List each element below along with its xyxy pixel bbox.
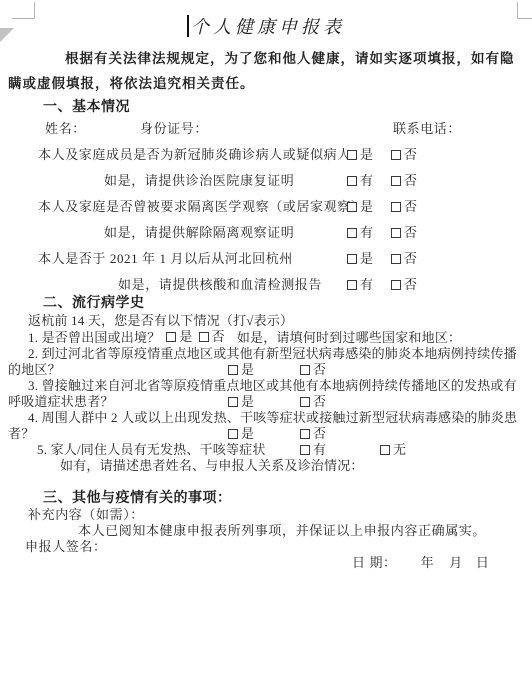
section-epidemiology: 二、流行病学史 返杭前 14 天，您是否有以下情况（打√表示） 1. 是否曾出国…	[8, 293, 528, 474]
date-line: 日 期：年月日	[8, 555, 526, 571]
checkbox-icon[interactable]	[228, 429, 238, 439]
followup-text: 如是，请填何时到过哪些国家和地区：	[237, 330, 461, 345]
checkbox-no[interactable]: 否	[300, 394, 326, 410]
checkbox-yes[interactable]: 是	[347, 194, 374, 220]
checkbox-icon[interactable]	[347, 150, 357, 160]
checkbox-label: 否	[212, 329, 225, 345]
checkbox-icon[interactable]	[228, 397, 238, 407]
checkbox-icon[interactable]	[300, 397, 310, 407]
checkbox-label: 无	[393, 442, 406, 458]
signature-label[interactable]: 申报人签名：	[25, 539, 107, 554]
checkbox-label: 有	[313, 442, 326, 458]
checkbox-icon[interactable]	[347, 176, 357, 186]
question-text: 本人及家庭成员是否为新冠肺炎确诊病人或疑似病人	[38, 147, 351, 162]
date-label[interactable]: 日 期：	[352, 555, 397, 570]
question-text: 如是，请提供核酸和血清检测报告	[118, 277, 322, 292]
checkbox-icon[interactable]	[199, 332, 209, 342]
signature-line: 申报人签名：	[8, 539, 526, 555]
question-text: 本人是否于 2021 年 1 月以后从河北回杭州	[38, 251, 293, 266]
question-row: 本人及家庭是否曾被要求隔离医学观察（或居家观察） 是 否	[8, 194, 526, 220]
identity-fields-row: 姓名：身份证号：联系电话：	[45, 116, 526, 142]
question-text: 的地区？	[8, 362, 61, 377]
checkbox-label: 有	[360, 168, 374, 194]
epi-question-4-line1: 4. 周围人群中 2 人或以上出现发热、干咳等症状或接触过新型冠状病毒感染的肺炎…	[8, 410, 528, 426]
checkbox-no[interactable]: 否	[199, 329, 225, 345]
checkbox-icon[interactable]	[380, 445, 390, 455]
question-row: 如是，请提供解除隔离观察证明 有 否	[8, 220, 526, 246]
id-number-field-label[interactable]: 身份证号：	[140, 116, 393, 142]
intro-paragraph: 根据有关法律法规规定，为了您和他人健康，请如实逐项填报，如有隐瞒或虚假填报，将依…	[8, 46, 526, 96]
checkbox-no[interactable]: 否	[391, 220, 418, 246]
section3-heading: 三、其他与疫情有关的事项：	[43, 489, 526, 507]
checkbox-icon[interactable]	[300, 445, 310, 455]
page-title-text: 个人健康申报表	[191, 17, 345, 38]
checkbox-label: 是	[360, 194, 374, 220]
checkbox-have[interactable]: 有	[347, 220, 374, 246]
epi-lead-line: 返杭前 14 天，您是否有以下情况（打√表示）	[8, 313, 528, 329]
checkbox-icon[interactable]	[300, 365, 310, 375]
epi-question-4-line2: 者？ 是 否	[8, 426, 528, 442]
checkbox-yes[interactable]: 是	[166, 329, 192, 345]
epi-question-5-followup: 如有，请描述患者姓名、与申报人关系及诊治情况：	[8, 458, 528, 474]
question-text: 如是，请提供诊治医院康复证明	[104, 173, 294, 188]
question-text: 3. 曾接触过来自河北省等原疫情重点地区或其他有本地病例持续传播地区的发热或有	[28, 378, 517, 393]
checkbox-icon[interactable]	[347, 254, 357, 264]
section1-heading: 一、基本情况	[43, 98, 526, 116]
checkbox-icon[interactable]	[391, 202, 401, 212]
supplement-label[interactable]: 补充内容（如需）：	[28, 507, 144, 522]
checkbox-yes[interactable]: 是	[228, 426, 254, 442]
checkbox-icon[interactable]	[391, 228, 401, 238]
checkbox-label: 否	[313, 426, 326, 442]
question-text: 2. 到过河北省等原疫情重点地区或其他有新型冠状病毒感染的肺炎本地病例持续传播	[28, 346, 517, 361]
epi-question-5: 5. 家人/同住人员有无发热、干咳等症状 有 无	[8, 442, 528, 458]
question-row: 本人是否于 2021 年 1 月以后从河北回杭州 是 否	[8, 246, 526, 272]
checkbox-icon[interactable]	[300, 429, 310, 439]
checkbox-icon[interactable]	[347, 202, 357, 212]
question-text: 1. 是否曾出国或出境？	[28, 330, 160, 345]
checkbox-yes[interactable]: 是	[347, 246, 374, 272]
checkbox-icon[interactable]	[391, 176, 401, 186]
checkbox-label: 否	[313, 394, 326, 410]
checkbox-label: 否	[313, 362, 326, 378]
question-row: 如是，请提供诊治医院康复证明 有 否	[8, 168, 526, 194]
page-title: 个人健康申报表	[0, 13, 532, 39]
epi-question-3-line2: 呼吸道症状患者？ 是 否	[8, 394, 528, 410]
checkbox-label: 否	[404, 220, 418, 246]
text-cursor	[187, 15, 189, 37]
question-text: 者？	[8, 426, 34, 441]
checkbox-label: 是	[241, 394, 254, 410]
checkbox-no[interactable]: 否	[300, 362, 326, 378]
epi-question-1: 1. 是否曾出国或出境？是否如是，请填何时到过哪些国家和地区：	[8, 329, 528, 346]
checkbox-no[interactable]: 否	[391, 168, 418, 194]
checkbox-no[interactable]: 否	[300, 426, 326, 442]
declaration-line: 本人已阅知本健康申报表所列事项，并保证以上申报内容正确属实。	[8, 523, 526, 539]
checkbox-icon[interactable]	[391, 150, 401, 160]
document-page: 个人健康申报表 根据有关法律法规规定，为了您和他人健康，请如实逐项填报，如有隐瞒…	[0, 0, 532, 678]
question-text: 呼吸道症状患者？	[8, 394, 114, 409]
supplement-line: 补充内容（如需）：	[8, 507, 526, 523]
checkbox-icon[interactable]	[347, 228, 357, 238]
checkbox-label: 是	[241, 426, 254, 442]
checkbox-no[interactable]: 否	[391, 194, 418, 220]
checkbox-no[interactable]: 否	[391, 246, 418, 272]
checkbox-label: 是	[241, 362, 254, 378]
question-text: 5. 家人/同住人员有无发热、干咳等症状	[37, 442, 266, 457]
lead-text: 返杭前 14 天，您是否有以下情况（打√表示）	[28, 313, 293, 328]
checkbox-label: 有	[360, 220, 374, 246]
checkbox-have[interactable]: 有	[347, 168, 374, 194]
phone-field-label[interactable]: 联系电话：	[393, 121, 461, 136]
checkbox-label: 否	[404, 246, 418, 272]
checkbox-label: 是	[179, 329, 192, 345]
checkbox-icon[interactable]	[166, 332, 176, 342]
checkbox-yes[interactable]: 是	[347, 142, 374, 168]
epi-question-3-line1: 3. 曾接触过来自河北省等原疫情重点地区或其他有本地病例持续传播地区的发热或有	[8, 378, 528, 394]
checkbox-no[interactable]: 否	[391, 142, 418, 168]
checkbox-icon[interactable]	[347, 280, 357, 290]
checkbox-label: 是	[360, 142, 374, 168]
section-other-matters: 三、其他与疫情有关的事项： 补充内容（如需）： 本人已阅知本健康申报表所列事项，…	[8, 489, 526, 571]
question-text: 如是，请提供解除隔离观察证明	[104, 225, 294, 240]
section2-heading: 二、流行病学史	[43, 293, 528, 313]
date-day-label: 日	[476, 555, 490, 570]
checkbox-icon[interactable]	[228, 365, 238, 375]
checkbox-label: 否	[404, 142, 418, 168]
checkbox-none[interactable]: 无	[380, 442, 406, 458]
declaration-text: 本人已阅知本健康申报表所列事项，并保证以上申报内容正确属实。	[78, 523, 486, 538]
followup-text: 如有，请描述患者姓名、与申报人关系及诊治情况：	[60, 458, 364, 473]
question-text: 4. 周围人群中 2 人或以上出现发热、干咳等症状或接触过新型冠状病毒感染的肺炎…	[28, 410, 517, 425]
checkbox-icon[interactable]	[391, 280, 401, 290]
checkbox-label: 否	[404, 168, 418, 194]
checkbox-have[interactable]: 有	[300, 442, 326, 458]
section-basic-info: 一、基本情况 姓名：身份证号：联系电话： 本人及家庭成员是否为新冠肺炎确诊病人或…	[8, 98, 526, 298]
date-year-label: 年	[421, 555, 435, 570]
question-row: 本人及家庭成员是否为新冠肺炎确诊病人或疑似病人 是 否	[8, 142, 526, 168]
date-month-label: 月	[449, 555, 463, 570]
checkbox-label: 否	[404, 194, 418, 220]
epi-question-2-line1: 2. 到过河北省等原疫情重点地区或其他有新型冠状病毒感染的肺炎本地病例持续传播	[8, 346, 528, 362]
question-text: 本人及家庭是否曾被要求隔离医学观察（或居家观察）	[38, 199, 364, 214]
checkbox-yes[interactable]: 是	[228, 362, 254, 378]
epi-question-2-line2: 的地区？ 是 否	[8, 362, 528, 378]
checkbox-icon[interactable]	[391, 254, 401, 264]
checkbox-yes[interactable]: 是	[228, 394, 254, 410]
name-field-label[interactable]: 姓名：	[45, 116, 140, 142]
checkbox-label: 是	[360, 246, 374, 272]
